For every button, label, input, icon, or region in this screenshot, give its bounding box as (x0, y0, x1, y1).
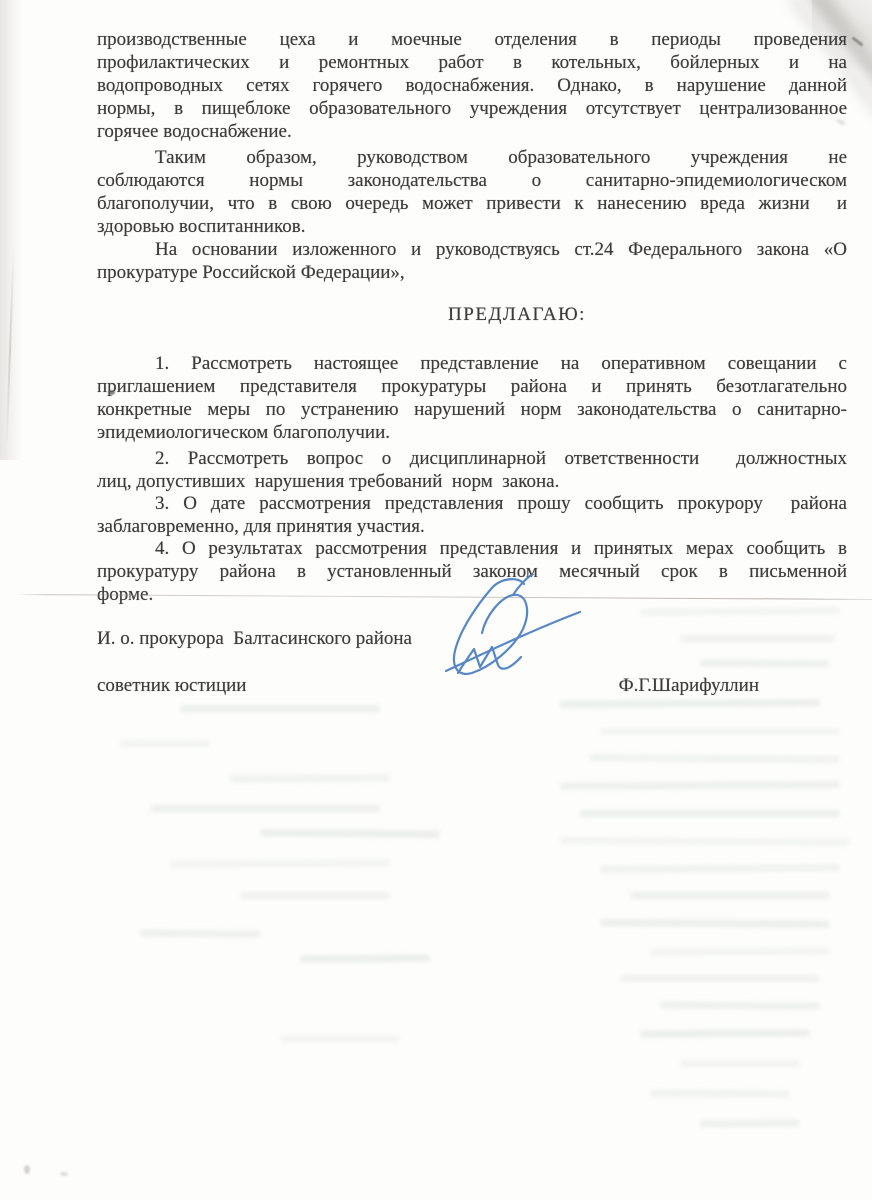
text-line: лиц, допустивших нарушения требований но… (97, 470, 847, 493)
text-line: заблаговременно, для принятия участия. (97, 515, 847, 538)
ink-stain (108, 390, 115, 395)
signatory-rank: советник юстиции (97, 674, 246, 697)
bleedthrough-line (150, 805, 380, 812)
list-item: 2. Рассмотреть вопрос о дисциплинарной о… (97, 447, 847, 493)
text-line: конкретные меры по устранению нарушений … (97, 398, 847, 421)
bleedthrough-line (600, 728, 840, 735)
bleedthrough-line (580, 810, 840, 817)
paper-stain (60, 1172, 68, 1176)
bleedthrough-line (640, 607, 840, 615)
list-item: 3. О дате рассмотрения представления про… (97, 492, 847, 538)
bleedthrough-line (660, 1001, 820, 1009)
bleedthrough-line (650, 947, 830, 955)
signature-scribble (428, 574, 588, 689)
bleedthrough-line (640, 1029, 810, 1037)
text-line: соблюдаются нормы законодательства о сан… (97, 169, 847, 192)
bleedthrough-line (620, 975, 820, 982)
bleedthrough-line (240, 892, 390, 899)
text-line: благополучии, что в свою очередь может п… (97, 192, 847, 215)
text-line: водопроводных сетях горячего водоснабжен… (97, 74, 847, 97)
bleedthrough-line (120, 740, 210, 748)
resolution-heading-row: ПРЕДЛАГАЮ: (97, 303, 847, 326)
paragraph: На основании изложенного и руководствуяс… (97, 238, 847, 284)
text-line: горячее водоснабжение. (97, 120, 847, 143)
bleedthrough-line (680, 635, 835, 642)
text-line: 2. Рассмотреть вопрос о дисциплинарной о… (97, 447, 847, 470)
text-line: здоровью воспитанников. (97, 215, 847, 238)
text-line: прокуратуре Российской Федерации», (97, 261, 847, 284)
text-line: нормы, в пищеблоке образовательного учре… (97, 97, 847, 120)
bleedthrough-line (700, 1120, 800, 1128)
paragraph: производственные цеха и моечные отделени… (97, 28, 847, 143)
scanned-document-page: производственные цеха и моечные отделени… (0, 0, 872, 1200)
resolution-heading: ПРЕДЛАГАЮ: (448, 304, 586, 325)
text-line: профилактических и ремонтных работ в кот… (97, 51, 847, 74)
bleedthrough-line (630, 892, 830, 899)
text-line: Таким образом, руководством образователь… (97, 146, 847, 169)
paper-stain (24, 1165, 30, 1174)
list-item: 1. Рассмотреть настоящее представление н… (97, 352, 847, 444)
text-line: приглашением представителя прокуратуры р… (97, 375, 847, 398)
bleedthrough-line (700, 660, 830, 668)
page-left-edge-shadow (0, 0, 26, 460)
signatory-name: Ф.Г.Шарифуллин (619, 674, 759, 697)
text-line: 3. О дате рассмотрения представления про… (97, 492, 847, 515)
text-line: эпидемиологическом благополучии. (97, 421, 847, 444)
paragraph: Таким образом, руководством образователь… (97, 146, 847, 238)
bleedthrough-line (300, 955, 430, 963)
bleedthrough-line (650, 1090, 790, 1098)
text-line: производственные цеха и моечные отделени… (97, 28, 847, 51)
text-line: 1. Рассмотреть настоящее представление н… (97, 352, 847, 375)
text-line: 4. О результатах рассмотрения представле… (97, 537, 847, 560)
bleedthrough-line (140, 930, 260, 938)
bleedthrough-line (680, 1060, 800, 1067)
text-line: На основании изложенного и руководствуяс… (97, 238, 847, 261)
bleedthrough-line (260, 829, 440, 837)
bleedthrough-line (180, 705, 380, 712)
corner-fold-mark (851, 36, 863, 46)
bleedthrough-line (230, 774, 390, 782)
bleedthrough-line (280, 1035, 400, 1042)
